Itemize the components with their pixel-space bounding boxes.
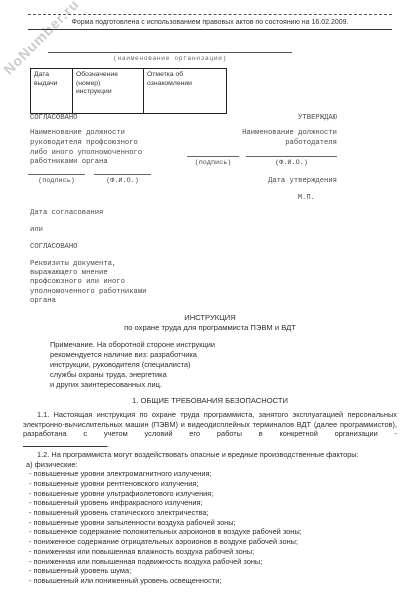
issue-table-col-date: Дата выдачи — [31, 69, 73, 114]
document-body: 1.1. Настоящая инструкция по охране труд… — [23, 410, 397, 586]
paragraph-1-2-a: а) физические: — [26, 460, 397, 470]
hazard-factors-list: - повышенные уровни электромагнитного из… — [23, 469, 397, 585]
document-note-line: инструкции, руководителя (специалиста) — [50, 360, 215, 370]
approved-status-label: УТВЕРЖДАЮ — [185, 114, 337, 124]
coordination-status-label: СОГЛАСОВАНО — [30, 243, 77, 253]
hazard-factor-item: - повышенный уровень шума; — [29, 566, 397, 576]
coordination-date-label: Дата согласования — [30, 209, 103, 219]
coordination-requisites-lines: Реквизиты документа,выражающего мнениепр… — [30, 260, 146, 306]
issue-table: Дата выдачи Обозначение (номер) инструкц… — [30, 68, 227, 114]
stamp-place-label: М.П. — [185, 194, 315, 204]
document-note-line: службы охраны труда, энергетика — [50, 370, 215, 380]
agreed-position-line: работниками органа — [30, 158, 142, 168]
issue-table-col-number: Обозначение (номер) инструкции — [73, 69, 144, 114]
coordination-requisites-line: органа — [30, 297, 146, 306]
document-note-line: Примечание. На оборотной стороне инструк… — [50, 340, 215, 350]
form-source-banner: Форма подготовлена с использованием прав… — [28, 14, 392, 30]
hazard-factor-item: - повышенный уровень статического электр… — [29, 508, 397, 518]
hazard-factor-item: - повышенные уровни ультрафиолетового из… — [29, 489, 397, 499]
issue-table-col-mark: Отметка об ознакомлении — [144, 69, 227, 114]
hazard-factor-item: - повышенный или пониженный уровень осве… — [29, 576, 397, 586]
hazard-factor-item: - пониженное содержание отрицательных аэ… — [29, 537, 397, 547]
approved-position-line: Наименование должности — [185, 129, 337, 139]
paragraph-1-1-blank-row: . — [23, 439, 397, 450]
hazard-factor-item: - повышенное содержание положительных аэ… — [29, 527, 397, 537]
agreed-signature-line — [28, 174, 85, 175]
paragraph-1-1: 1.1. Настоящая инструкция по охране труд… — [23, 410, 397, 439]
agreed-position-line: Наименование должности — [30, 129, 142, 139]
document-page: NoNumber.ru Форма подготовлена с использ… — [0, 0, 420, 600]
section-heading: 1. ОБЩИЕ ТРЕБОВАНИЯ БЕЗОПАСНОСТИ — [0, 396, 420, 405]
approval-date-label: Дата утверждения — [185, 177, 337, 187]
coordination-requisites-line: Реквизиты документа, — [30, 260, 146, 269]
document-title: ИНСТРУКЦИЯ — [0, 313, 420, 322]
agreed-name-label: (Ф.И.О.) — [94, 177, 151, 185]
coordination-or-label: или — [30, 226, 43, 236]
hazard-factor-item: - повышенные уровни электромагнитного из… — [29, 469, 397, 479]
hazard-factor-item: - пониженная или повышенная подвижность … — [29, 557, 397, 567]
hazard-factor-item: - повышенные уровни запыленности воздуха… — [29, 518, 397, 528]
paragraph-1-2: 1.2. На программиста могут воздействоват… — [23, 450, 397, 460]
organization-name-blank-line — [48, 45, 292, 53]
hazard-factor-item: - повышенные уровни рентгеновского излуч… — [29, 479, 397, 489]
agreed-status-label: СОГЛАСОВАНО — [30, 114, 77, 124]
coordination-requisites-line: уполномоченного работниками — [30, 288, 146, 297]
agreed-name-line — [94, 174, 151, 175]
hazard-factor-item: - пониженная или повышенная влажность во… — [29, 547, 397, 557]
agreed-position-line: руководителя профсоюзного — [30, 139, 142, 149]
agreed-signature-label: (подпись) — [28, 177, 85, 185]
approved-position-line: работодателя — [185, 139, 337, 149]
document-note-line: рекомендуется наличие виз: разработчика — [50, 350, 215, 360]
watermark-text: NoNumber.ru — [0, 0, 82, 78]
fill-in-blank-line — [23, 439, 107, 447]
document-note: Примечание. На оборотной стороне инструк… — [50, 340, 215, 390]
approved-signature-label: (подпись) — [187, 159, 239, 167]
agreed-position-lines: Наименование должностируководителя профс… — [30, 129, 142, 168]
approved-name-line — [246, 156, 337, 157]
hazard-factor-item: - повышенный уровень инфракрасного излуч… — [29, 498, 397, 508]
approved-name-label: (Ф.И.О.) — [246, 159, 337, 167]
document-note-line: и других заинтересованных лиц. — [50, 380, 215, 390]
issue-table-header-row: Дата выдачи Обозначение (номер) инструкц… — [31, 69, 227, 114]
blank-suffix: . — [107, 440, 109, 449]
approved-position-lines: Наименование должностиработодателя — [185, 129, 337, 149]
coordination-requisites-line: выражающего мнение — [30, 269, 146, 278]
document-subtitle: по охране труда для программиста ПЭВМ и … — [0, 323, 420, 332]
organization-name-caption: (наименование организации) — [48, 55, 292, 62]
coordination-requisites-line: профсоюзного или иного — [30, 278, 146, 287]
agreed-position-line: либо иного уполномоченного — [30, 149, 142, 159]
approved-signature-line — [187, 156, 239, 157]
